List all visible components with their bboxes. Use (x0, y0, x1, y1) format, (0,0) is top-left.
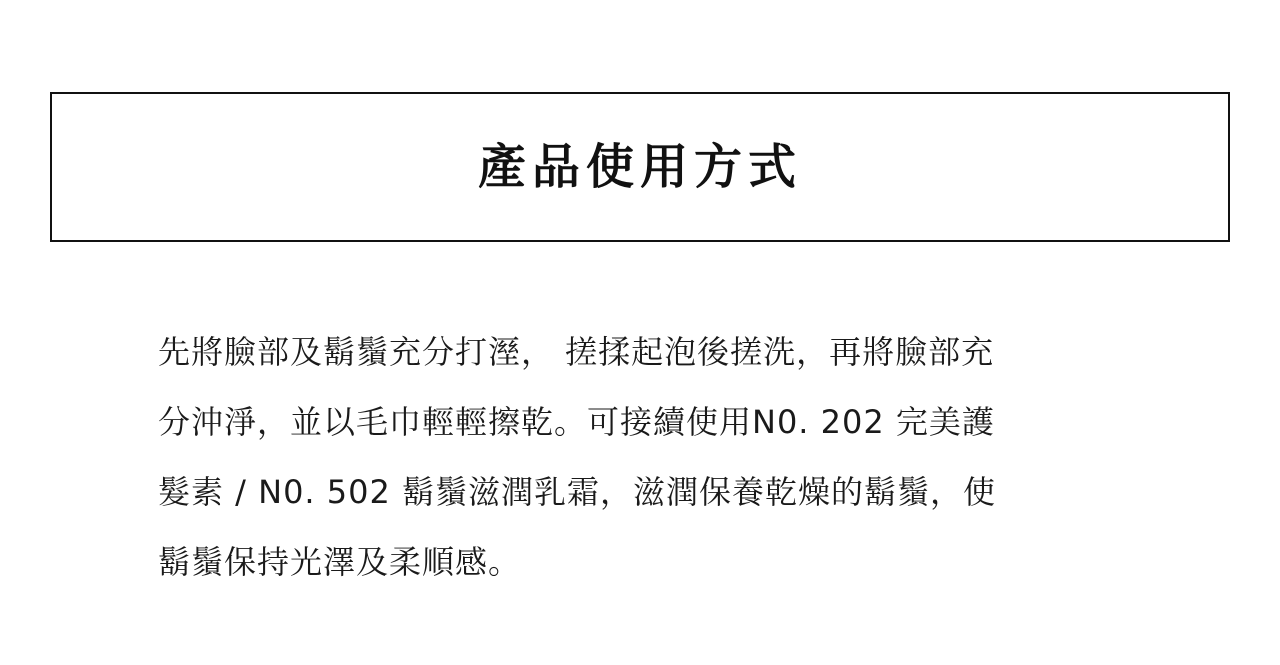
instruction-line-1: 先將臉部及鬍鬚充分打溼， 搓揉起泡後搓洗，再將臉部充 (158, 317, 1148, 387)
section-title-box: 產品使用方式 (50, 92, 1230, 242)
page-title: 產品使用方式 (478, 143, 802, 191)
instruction-line-2: 分沖淨，並以毛巾輕輕擦乾。可接續使用N0. 202 完美護 (158, 387, 1148, 457)
instruction-line-3: 髮素 / N0. 502 鬍鬚滋潤乳霜，滋潤保養乾燥的鬍鬚，使 (158, 457, 1148, 527)
instruction-line-4: 鬍鬚保持光澤及柔順感。 (158, 527, 1148, 597)
usage-instructions: 先將臉部及鬍鬚充分打溼， 搓揉起泡後搓洗，再將臉部充 分沖淨，並以毛巾輕輕擦乾。… (158, 317, 1148, 597)
